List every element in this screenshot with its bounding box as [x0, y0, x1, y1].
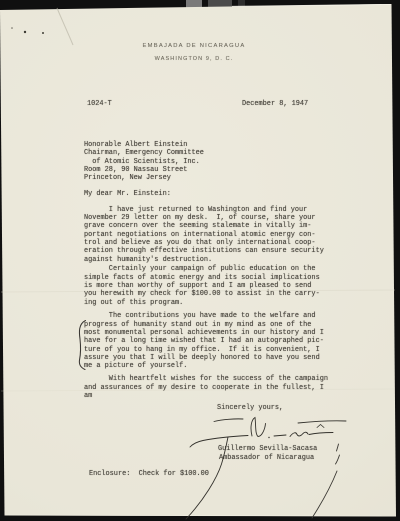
closing-line: Sincerely yours,	[217, 404, 283, 412]
reference-number: 1024-T	[87, 100, 112, 108]
body-paragraph-1: I have just returned to Washington and f…	[84, 206, 324, 264]
scan-exposure-strip	[186, 0, 202, 8]
scanned-letter: EMBAJADA DE NICARAGUA WASHINGTON 9, D. C…	[0, 0, 400, 521]
body-paragraph-3: The contributions you have made to the w…	[84, 312, 324, 370]
signature-name: Guillermo Sevilla-Sacasa	[218, 445, 317, 453]
recipient-address: Honorable Albert Einstein Chairman, Emer…	[84, 141, 204, 183]
salutation: My dear Mr. Einstein:	[84, 190, 171, 198]
signature-title: Ambassador of Nicaragua	[219, 454, 314, 462]
letterhead-line1: EMBAJADA DE NICARAGUA	[98, 43, 290, 49]
body-paragraph-4: With heartfelt wishes for the success of…	[84, 375, 328, 400]
date-line: December 8, 1947	[242, 100, 308, 108]
body-paragraph-2: Certainly your campaign of public educat…	[84, 265, 320, 307]
letterhead-line2: WASHINGTON 9, D. C.	[98, 56, 290, 62]
enclosure-line: Enclosure: Check for $100.00	[89, 470, 209, 478]
